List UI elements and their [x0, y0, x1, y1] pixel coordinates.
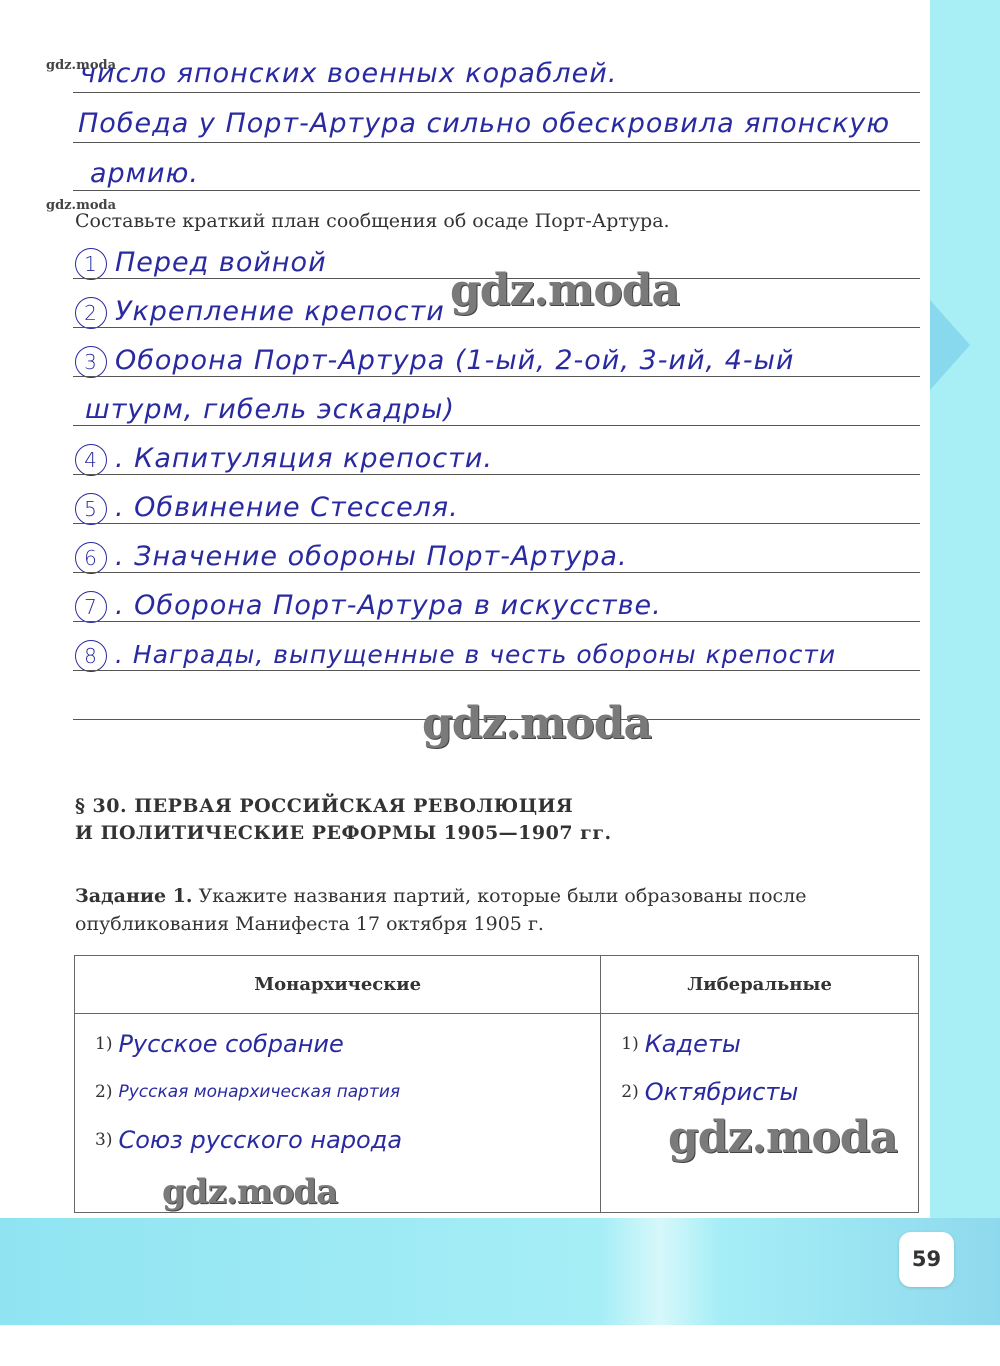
answer-line: число японских военных кораблей.	[80, 58, 617, 89]
plan-item-3: 3Оборона Порт-Артура (1-ый, 2-ой, 3-ий, …	[75, 345, 794, 378]
page-number: 59	[899, 1232, 954, 1287]
watermark-large: gdz.moda	[668, 1112, 897, 1163]
ruled-line	[73, 523, 920, 524]
entry-number: 1)	[621, 1034, 638, 1054]
item-number-circle: 2	[75, 297, 107, 329]
plan-text: Укрепление крепости	[115, 296, 445, 327]
page-paper: gdz.moda число японских военных кораблей…	[0, 0, 930, 1210]
plan-item-8: 8. Награды, выпущенные в честь обороны к…	[75, 640, 836, 672]
entry-number: 1)	[95, 1034, 112, 1054]
ruled-line	[73, 425, 920, 426]
header-monarchist: Монархические	[75, 956, 601, 1014]
entry-number: 2)	[95, 1082, 112, 1102]
answer-line: армию.	[90, 158, 199, 189]
section-heading-line1: § 30. ПЕРВАЯ РОССИЙСКАЯ РЕВОЛЮЦИЯ	[75, 793, 612, 820]
party-name: Кадеты	[645, 1030, 741, 1058]
item-number-circle: 1	[75, 248, 107, 280]
party-name: Союз русского народа	[118, 1126, 402, 1154]
plan-item-4: 4. Капитуляция крепости.	[75, 443, 493, 476]
answer-line: Победа у Порт-Артура сильно обескровила …	[78, 108, 890, 139]
instruction-text: Составьте краткий план сообщения об осад…	[75, 210, 670, 232]
party-name: Октябристы	[645, 1078, 799, 1106]
entry-number: 2)	[621, 1082, 638, 1102]
section-heading-line2: И ПОЛИТИЧЕСКИЕ РЕФОРМЫ 1905—1907 гг.	[75, 820, 612, 847]
party-entry: 1)Кадеты	[621, 1020, 918, 1068]
plan-text: . Оборона Порт-Артура в искусстве.	[115, 590, 662, 621]
ruled-line	[73, 670, 920, 671]
task-text: Задание 1. Укажите названия партий, кото…	[75, 882, 925, 938]
party-entry: 3)Союз русского народа	[95, 1116, 600, 1164]
ruled-line	[73, 474, 920, 475]
ruled-line	[73, 376, 920, 377]
decorative-bottom-band	[0, 1218, 1000, 1325]
plan-text: . Награды, выпущенные в честь обороны кр…	[115, 640, 836, 669]
item-number-circle: 7	[75, 591, 107, 623]
ruled-line	[73, 621, 920, 622]
party-entry: 1)Русское собрание	[95, 1020, 600, 1068]
decorative-arrow	[930, 300, 970, 390]
ruled-line	[73, 142, 920, 143]
ruled-line	[73, 92, 920, 93]
watermark-large: gdz.moda	[162, 1172, 337, 1212]
plan-text: Оборона Порт-Артура (1-ый, 2-ой, 3-ий, 4…	[115, 345, 794, 376]
plan-text: . Значение обороны Порт-Артура.	[115, 541, 628, 572]
item-number-circle: 3	[75, 346, 107, 378]
entry-number: 3)	[95, 1130, 112, 1150]
plan-text: . Обвинение Стесселя.	[115, 492, 459, 523]
item-number-circle: 4	[75, 444, 107, 476]
plan-item-6: 6. Значение обороны Порт-Артура.	[75, 541, 628, 574]
task-label: Задание 1.	[75, 885, 193, 907]
party-name: Русское собрание	[118, 1030, 343, 1058]
ruled-line	[73, 327, 920, 328]
section-heading: § 30. ПЕРВАЯ РОССИЙСКАЯ РЕВОЛЮЦИЯ И ПОЛИ…	[75, 793, 612, 847]
header-liberal: Либеральные	[601, 956, 919, 1014]
plan-item-7: 7. Оборона Порт-Артура в искусстве.	[75, 590, 662, 623]
plan-text: Перед войной	[115, 247, 327, 278]
party-name: Русская монархическая партия	[118, 1082, 400, 1102]
plan-item-3-continued: штурм, гибель эскадры)	[85, 394, 455, 425]
item-number-circle: 6	[75, 542, 107, 574]
party-entry: 2)Русская монархическая партия	[95, 1068, 600, 1116]
plan-item-5: 5. Обвинение Стесселя.	[75, 492, 459, 525]
monarchist-cell: 1)Русское собрание 2)Русская монархическ…	[75, 1014, 601, 1213]
ruled-line	[73, 190, 920, 191]
plan-item-1: 1Перед войной	[75, 247, 327, 280]
party-entry: 2)Октябристы	[621, 1068, 918, 1116]
item-number-circle: 8	[75, 640, 107, 672]
watermark-large: gdz.moda	[422, 698, 651, 749]
plan-text: . Капитуляция крепости.	[115, 443, 493, 474]
item-number-circle: 5	[75, 493, 107, 525]
watermark-large: gdz.moda	[450, 265, 679, 316]
ruled-line	[73, 572, 920, 573]
plan-item-2: 2Укрепление крепости	[75, 296, 445, 329]
decorative-side-band	[930, 0, 1000, 1218]
